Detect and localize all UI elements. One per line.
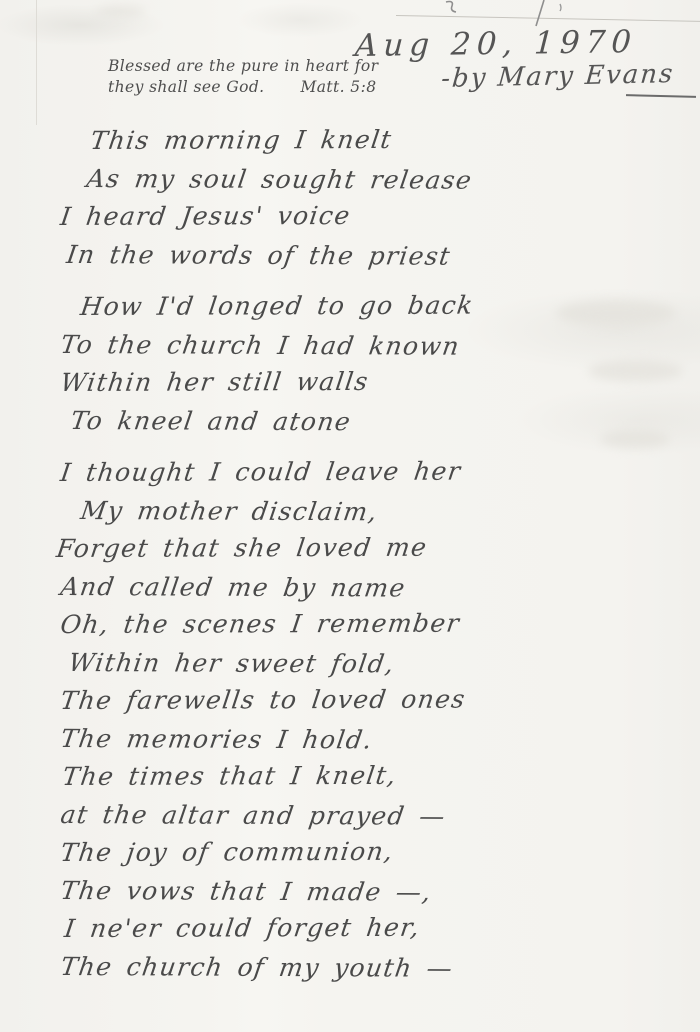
- scanned-page: Blessed are the pure in heart for they s…: [0, 0, 700, 1032]
- poem-line: The church of my youth —: [58, 948, 700, 989]
- poem-line: The memories I hold.: [58, 720, 700, 761]
- poem-line: Within her still walls: [58, 362, 700, 402]
- poem-line: Forget that she loved me: [54, 528, 700, 568]
- poem-line: And called me by name: [58, 568, 700, 609]
- verse-line-2: they shall see God.: [108, 78, 264, 96]
- signature-flourish: [626, 94, 696, 98]
- poem-line: Oh, the scenes I remember: [58, 604, 700, 644]
- poem-line: Within her sweet fold,: [66, 644, 700, 685]
- poem-line: I ne'er could forget her,: [62, 908, 700, 948]
- printed-verse: Blessed are the pure in heart for they s…: [108, 56, 378, 98]
- poem-line: The vows that I made —,: [58, 872, 700, 913]
- poem-line: This morning I knelt: [88, 120, 700, 160]
- handwritten-date: Aug 20, 1970: [354, 24, 638, 64]
- poem-line: at the altar and prayed —: [58, 796, 700, 837]
- poem-line: How I'd longed to go back: [78, 286, 700, 326]
- poem-line: I heard Jesus' voice: [58, 196, 700, 236]
- poem-line: My mother disclaim,: [78, 492, 700, 533]
- scan-smudge: [96, 6, 146, 16]
- poem: This morning I kneltAs my soul sought re…: [0, 122, 700, 986]
- poem-line: In the words of the priest: [64, 236, 700, 277]
- verse-line-1: Blessed are the pure in heart for: [108, 56, 378, 77]
- poem-line: To the church I had known: [58, 326, 700, 367]
- poem-line: The times that I knelt,: [60, 756, 700, 796]
- handwritten-byline: -by Mary Evans: [440, 59, 676, 94]
- verse-reference: Matt. 5:8: [300, 78, 376, 96]
- poem-line: I thought I could leave her: [58, 452, 700, 492]
- paper-crease: [36, 0, 37, 125]
- poem-line: The joy of communion,: [58, 832, 700, 872]
- poem-line: To kneel and atone: [68, 402, 700, 443]
- poem-line: As my soul sought release: [84, 160, 700, 201]
- poem-line: The farewells to loved ones: [58, 680, 700, 720]
